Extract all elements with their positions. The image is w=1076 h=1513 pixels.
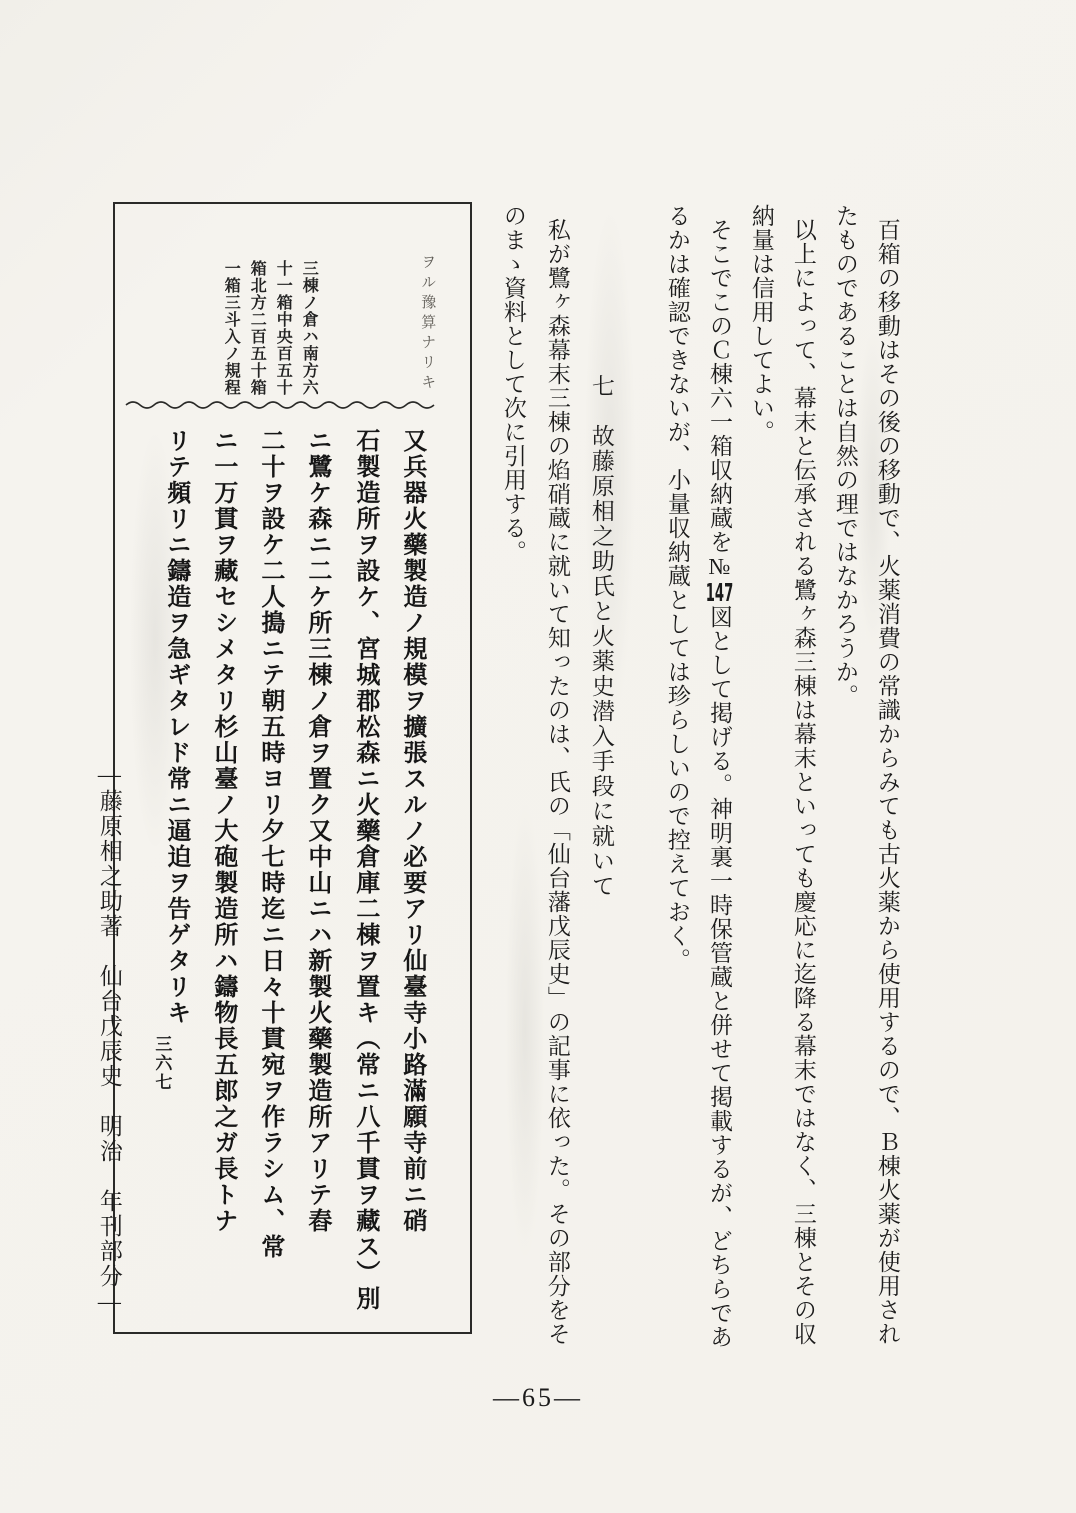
quote-column-6: リテ頻リニ鑄造ヲ急ギタレド常ニ逼迫ヲ告ゲタリキ	[162, 428, 188, 1026]
quote-column-2: 石製造所ヲ設ケ、宮城郡松森ニ火藥倉庫二棟ヲ置キ（常ニ八千貫ヲ藏ス）別	[351, 428, 377, 1312]
scanned-page: 百箱の移動はその後の移動で、火薬消費の常識からみても古火薬から使用するので、Ｂ棟…	[0, 0, 1076, 1513]
quote-column-3: ニ鷺ケ森ニ二ケ所三棟ノ倉ヲ置ク又中山ニハ新製火藥製造所アリテ舂	[303, 428, 329, 1234]
body-column-5: そこでこのＣ棟六一箱収納蔵を№147図として掲げる。神明裏一時保管蔵と併せて掲載…	[706, 218, 733, 1349]
quote-column-5: ニ一万貫ヲ藏セシメタリ杉山臺ノ大砲製造所ハ鑄物長五郎之ガ長トナ	[209, 428, 235, 1234]
note-column-4: 一箱三斗入ノ規程	[222, 260, 239, 396]
page-number: —65—	[0, 1383, 1076, 1413]
section-heading: 七 故藤原相之助氏と火薬史潜入手段に就いて	[588, 374, 613, 899]
body-column-8: のまゝ資料として次に引用する。	[500, 204, 525, 564]
body-column-2: たものであることは自然の理ではなかろうか。	[832, 204, 857, 708]
body-column-6: るかは確認できないが、小量収納蔵としては珍らしいので控えておく。	[664, 204, 689, 972]
figure-number-147: 147	[705, 580, 734, 605]
body-column-3: 以上によって、幕末と伝承される鷺ヶ森三棟は幕末といっても慶応に迄降る幕末ではなく…	[790, 218, 815, 1346]
quote-column-4: 二十ヲ設ケ二人搗ニテ朝五時ヨリ夕七時迄ニ日々十貫宛ヲ作ラシム、常	[256, 428, 282, 1260]
body-column-1: 百箱の移動はその後の移動で、火薬消費の常識からみても古火薬から使用するので、Ｂ棟…	[874, 218, 899, 1346]
attribution: ―藤原相之助著 仙台戊辰史 明治 年刊部分―	[96, 762, 121, 1316]
body-column-5-post: 図として掲げる。神明裏一時保管蔵と併せて掲載するが、どちらであ	[707, 605, 732, 1349]
quote-fragment: ヲル豫算ナリキ	[419, 254, 435, 394]
quote-column-1: 又兵器火藥製造ノ規模ヲ擴張スルノ必要アリ仙臺寺小路滿願寺前ニ硝	[398, 428, 424, 1234]
note-column-3: 箱北方二百五十箱	[248, 260, 265, 396]
body-column-5-pre: そこでこのＣ棟六一箱収納蔵を№	[707, 218, 732, 580]
note-column-1: 三棟ノ倉ハ南方六	[300, 260, 317, 396]
body-column-7: 私が鷺ヶ森幕末三棟の焰硝蔵に就いて知ったのは、氏の「仙台藩戊辰史」の記事に依った…	[544, 218, 569, 1346]
wavy-divider	[125, 399, 447, 411]
source-page-reference: 三六七	[152, 1035, 170, 1092]
note-column-2: 十一箱中央百五十	[274, 260, 291, 396]
scan-ghosting	[505, 800, 545, 1260]
body-column-4: 納量は信用してよい。	[748, 204, 773, 444]
